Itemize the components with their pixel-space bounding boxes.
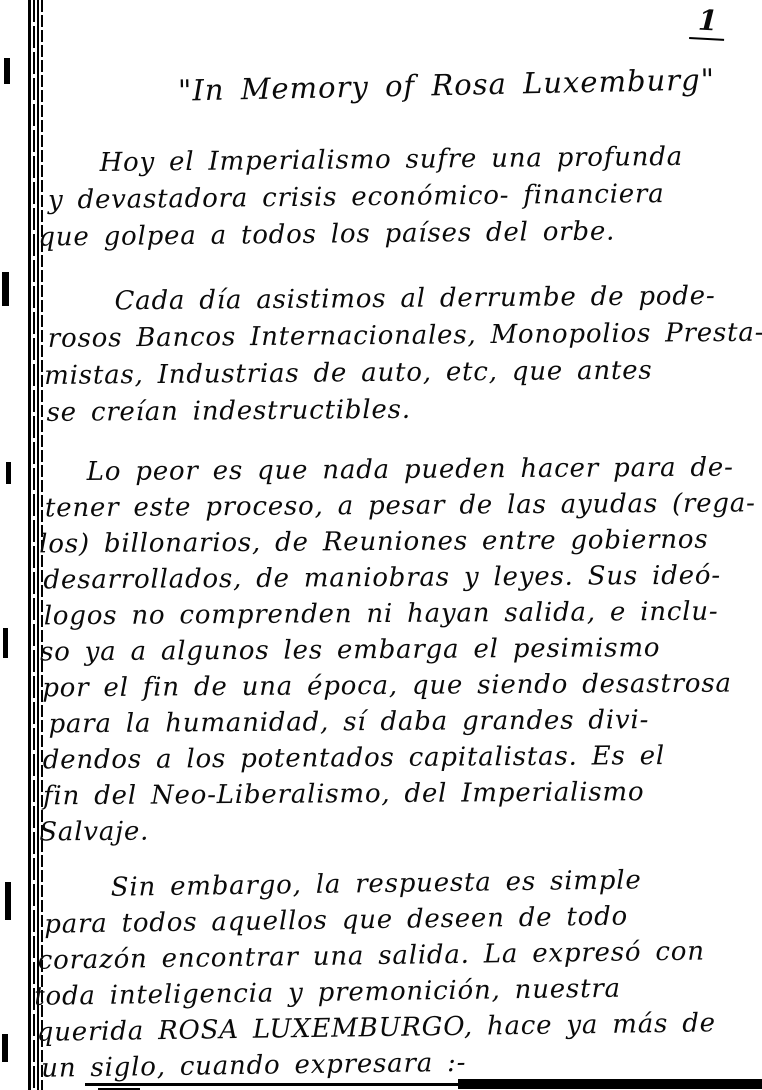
paragraph-2: Cada día asistimos al derrumbe de pode- …	[0, 278, 762, 433]
handwritten-line: logos no comprenden ni hayan salida, e i…	[44, 593, 762, 634]
handwritten-line: rosos Bancos Internacionales, Monopolios…	[48, 315, 762, 358]
handwritten-line: y devastadora crisis económico- financie…	[48, 175, 762, 219]
document-title: "In Memory of Rosa Luxemburg"	[178, 62, 716, 107]
handwritten-line: desarrollados, de maniobras y leyes. Sus…	[43, 557, 761, 598]
handwritten-line: los) billonarios, de Reuniones entre gob…	[39, 521, 761, 562]
paragraph-1: Hoy el Imperialismo sufre una profunda y…	[0, 138, 762, 257]
handwritten-line: Salvaje.	[39, 809, 762, 850]
handwritten-line: fin del Neo-Liberalismo, del Imperialism…	[43, 773, 762, 814]
handwritten-line: mistas, Industrias de auto, etc, que ant…	[44, 352, 762, 395]
handwritten-line: Lo peor es que nada pueden hacer para de…	[87, 449, 761, 490]
handwritten-line: tener este proceso, a pesar de las ayuda…	[45, 485, 761, 526]
scan-bottom-edge-artifact	[85, 1083, 460, 1086]
paragraph-4: Sin embargo, la respuesta es simple para…	[0, 861, 762, 1088]
page-number: 1	[689, 3, 726, 41]
scan-bottom-edge-artifact	[458, 1079, 762, 1089]
handwritten-line: dendos a los potentados capitalistas. Es…	[43, 737, 762, 778]
scanned-handwritten-page: 1 "In Memory of Rosa Luxemburg" Hoy el I…	[0, 0, 762, 1090]
scan-speck	[4, 58, 10, 84]
handwritten-line: so ya a algunos les embarga el pesimismo	[40, 629, 762, 670]
paragraph-3: Lo peor es que nada pueden hacer para de…	[0, 449, 762, 850]
handwritten-line: se creían indestructibles.	[46, 389, 762, 432]
handwritten-line: Cada día asistimos al derrumbe de pode-	[114, 278, 761, 321]
handwritten-line: que golpea a todos los países del orbe.	[38, 212, 762, 257]
handwritten-line: por el fin de una época, que siendo desa…	[42, 665, 762, 706]
handwritten-line: para la humanidad, sí daba grandes divi-	[48, 701, 762, 742]
